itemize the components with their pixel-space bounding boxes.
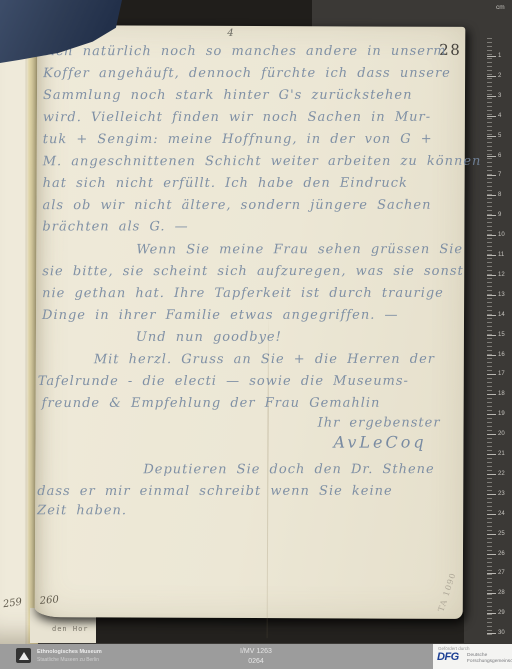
- ruler-tick: [487, 355, 496, 356]
- ruler-tick: [487, 454, 496, 455]
- ruler-number: 18: [498, 391, 512, 397]
- letter-line: Und nun goodbye!: [136, 330, 282, 345]
- ruler-number: 10: [498, 232, 512, 238]
- ruler-number: 17: [498, 371, 512, 377]
- ruler-number: 29: [498, 610, 512, 616]
- ruler-number: 24: [498, 511, 512, 517]
- ruler-tick: [487, 76, 496, 77]
- letter-line: Mit herzl. Gruss an Sie + die Herren der: [94, 352, 435, 367]
- ruler-tick: [487, 255, 496, 256]
- ruler-number: 9: [498, 212, 512, 218]
- black-mat-strip: [100, 0, 312, 27]
- letter-line: Sammlung noch stark hinter G's zurückste…: [43, 88, 412, 103]
- ruler-number: 19: [498, 411, 512, 417]
- ruler-tick: [487, 315, 496, 316]
- ruler-tick: [487, 494, 496, 495]
- ruler-tick: [487, 175, 496, 176]
- ruler-tick: [487, 633, 496, 634]
- ruler: cm 1234567891011121314151617181920212223…: [486, 0, 512, 644]
- letter-line: sich natürlich noch so manches andere in…: [43, 44, 446, 59]
- ruler-number: 7: [498, 172, 512, 178]
- pencil-folio-number-left: 259: [2, 597, 22, 611]
- ruler-minor-ticks: [487, 38, 492, 638]
- ruler-number: 8: [498, 192, 512, 198]
- ruler-number: 27: [498, 570, 512, 576]
- ruler-number: 2: [498, 73, 512, 79]
- ruler-number: 12: [498, 272, 512, 278]
- ruler-tick: [487, 434, 496, 435]
- ruler-number: 23: [498, 491, 512, 497]
- ruler-tick: [487, 156, 496, 157]
- letter-line: M. angeschnittenen Schicht weiter arbeit…: [43, 154, 482, 169]
- pencil-folio-number: 260: [39, 594, 59, 607]
- letter-line: Deputieren Sie doch den Dr. Sthene: [143, 462, 434, 477]
- letter-line: Dinge in ihrer Familie etwas angegriffen…: [42, 308, 398, 323]
- ruler-number: 14: [498, 312, 512, 318]
- dfg-name-line2: Forschungsgemeinschaft: [467, 659, 512, 665]
- letter-line: Wenn Sie meine Frau sehen grüssen Sie: [136, 242, 463, 257]
- ruler-number: 13: [498, 292, 512, 298]
- letter-line: hat sich nicht erfüllt. Ich habe den Ein…: [43, 176, 408, 191]
- letter-line: Tafelrunde - die electi — sowie die Muse…: [38, 374, 409, 389]
- letter-page: 4 28 sich natürlich noch so manches ande…: [35, 25, 466, 619]
- ruler-tick: [487, 275, 496, 276]
- letter-line: brächten als G. —: [42, 219, 188, 234]
- scan-viewer: 259 den Hor 4 28 sich natürlich noch so …: [0, 0, 512, 669]
- letter-line: Ihr ergebenster: [318, 416, 441, 431]
- ruler-tick: [487, 613, 496, 614]
- letter-line: wird. Vielleicht finden wir noch Sachen …: [43, 110, 431, 125]
- letter-line: nie gethan hat. Ihre Tapferkeit ist durc…: [42, 286, 444, 301]
- underlying-page-edges: 259: [0, 46, 38, 644]
- ruler-number: 5: [498, 133, 512, 139]
- ruler-tick: [487, 215, 496, 216]
- ruler-number: 22: [498, 471, 512, 477]
- diagonal-pencil-mark: TA 1090: [436, 571, 457, 612]
- ruler-tick: [487, 335, 496, 336]
- letter-line: Zeit haben.: [37, 503, 127, 518]
- letter-line: als ob wir nicht ältere, sondern jüngere…: [43, 198, 432, 213]
- ruler-number: 11: [498, 252, 512, 258]
- sheet-number: 4: [227, 28, 233, 39]
- letter-line: Koffer angehäuft, dennoch fürchte ich da…: [43, 66, 451, 81]
- ruler-number: 4: [498, 113, 512, 119]
- ruler-tick: [487, 573, 496, 574]
- ruler-tick: [487, 195, 496, 196]
- letter-line: freunde & Empfehlung der Frau Gemahlin: [42, 396, 381, 411]
- ruler-number: 3: [498, 93, 512, 99]
- ruler-tick: [487, 56, 496, 57]
- dfg-acronym: DFG: [437, 651, 459, 663]
- letter-line: dass er mir einmal schreibt wenn Sie kei…: [37, 484, 392, 499]
- ruler-number: 26: [498, 551, 512, 557]
- ruler-tick: [487, 295, 496, 296]
- ruler-number: 25: [498, 531, 512, 537]
- letter-line: sie bitte, sie scheint sich aufzuregen, …: [42, 264, 464, 279]
- typed-text-fragment: den Hor: [52, 625, 89, 633]
- ruler-tick: [487, 474, 496, 475]
- ruler-number: 1: [498, 53, 512, 59]
- dfg-name: Deutsche Forschungsgemeinschaft: [467, 653, 512, 664]
- ruler-number: 6: [498, 153, 512, 159]
- ruler-number: 21: [498, 451, 512, 457]
- ruler-tick: [487, 116, 496, 117]
- ruler-tick: [487, 394, 496, 395]
- ruler-number: 16: [498, 352, 512, 358]
- ruler-tick: [487, 96, 496, 97]
- ruler-tick: [487, 414, 496, 415]
- ruler-tick: [487, 534, 496, 535]
- ruler-tick: [487, 514, 496, 515]
- ruler-unit-label: cm: [496, 4, 505, 11]
- ruler-tick: [487, 374, 496, 375]
- ruler-number: 15: [498, 332, 512, 338]
- ruler-tick: [487, 136, 496, 137]
- dfg-logo: Gefördert durch DFG Deutsche Forschungsg…: [433, 644, 512, 669]
- ruler-number: 28: [498, 590, 512, 596]
- ruler-number: 30: [498, 630, 512, 636]
- ruler-tick: [487, 235, 496, 236]
- credit-bar: Ethnologisches Museum Staatliche Museen …: [0, 644, 512, 669]
- ruler-tick: [487, 554, 496, 555]
- letter-line: AvLeCoq: [333, 433, 426, 452]
- letter-line: tuk + Sengim: meine Hoffnung, in der von…: [43, 132, 433, 147]
- ruler-number: 20: [498, 431, 512, 437]
- ruler-tick: [487, 593, 496, 594]
